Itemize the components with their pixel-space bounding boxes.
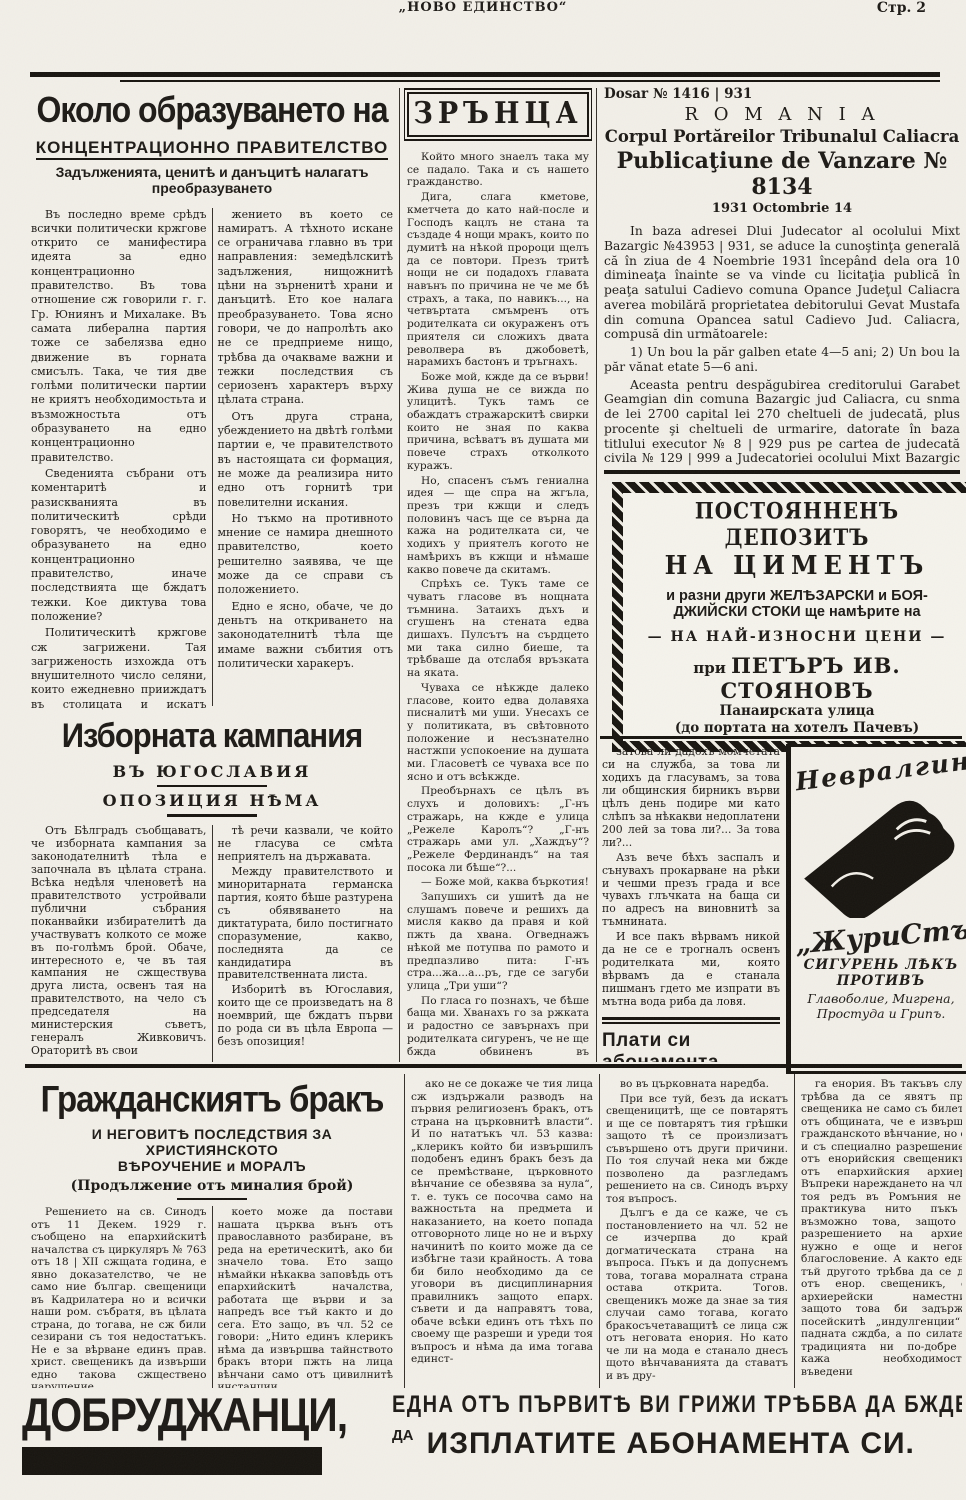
- article-elections-body: Отъ Бѣлградъ съобщаватъ, че изборната ка…: [26, 825, 398, 1062]
- paragraph: Запушихъ си ушитѣ да не слушамъ повече и…: [407, 891, 589, 993]
- article-marriage-title: Гражданскиятъ бракъ: [26, 1078, 398, 1121]
- header-rule-thick: [30, 72, 940, 77]
- ad-cement-content: ПОСТОЯННЕНЪ ДЕПОЗИТЪ НА ЦИМЕНТЪ и разни …: [623, 493, 966, 752]
- divider: [604, 470, 960, 474]
- paragraph: Боже мой, кжде да се върви! Жива душа не…: [407, 371, 589, 473]
- divider: [602, 1017, 780, 1020]
- banner-line2: ДА ИЗПЛАТИТЕ АБОНАМЕНТА СИ.: [392, 1427, 962, 1461]
- ad-cement-line3: и разни други ЖЕЛѢЗАРСКИ и БОЯ- ДЖИЙСКИ …: [635, 588, 959, 620]
- masthead: „НОВО ЕДИНСТВО“: [0, 0, 966, 15]
- article-zrantsa-title: ЗРЪНЦА: [409, 96, 587, 130]
- article-government-subtitle: КОНЦЕНТРАЦИОННО ПРАВИТЕЛСТВО: [26, 138, 398, 158]
- paragraph: Сведенията събрани отъ коментаритѣ и раз…: [31, 467, 207, 624]
- divider: [157, 785, 267, 787]
- paragraph: Политическитѣ кржгове сж загрижени. Тая …: [31, 626, 207, 710]
- paragraph: Азъ вече бѣхъ заспалъ и сънувахъ прокарв…: [602, 852, 780, 930]
- paragraph: тѣ речи казвали, че който не гласува се …: [218, 825, 394, 864]
- paragraph: И все пакъ вѣрвамъ никой да не се е трог…: [602, 931, 780, 1009]
- ad-cement-line1: ПОСТОЯННЕНЪ ДЕПОЗИТЪ: [635, 498, 959, 551]
- article-government-title: Около образуването на: [26, 92, 398, 130]
- article-government-deck: Задълженията, ценитѣ и данъцитѣ налагатъ…: [26, 164, 398, 196]
- article-zrantsa-continuation: затова ли дадохъ момчетата си на служба,…: [602, 746, 780, 1062]
- article-zrantsa-body: Който много знаелъ така му се падало. Та…: [404, 151, 592, 1060]
- article-government: Около образуването на КОНЦЕНТРАЦИОННО ПР…: [26, 92, 398, 710]
- ad-nevralgina: Невралгина „ЖуриСтъ“ СИГУРЕНЬ ЛѢКЪ ПРОТИ…: [786, 744, 966, 1074]
- notice-date: 1931 Octombrie 14: [604, 201, 960, 216]
- article-marriage-head-block: Гражданскиятъ бракъ И НЕГОВИТѢ ПОСЛЕДСТВ…: [26, 1074, 404, 1388]
- article-elections-title: Изборната кампания: [26, 716, 398, 756]
- article-zrantsa: ЗРЪНЦА Който много знаелъ така му се пад…: [404, 88, 592, 1060]
- article-marriage: Гражданскиятъ бракъ И НЕГОВИТѢ ПОСЛЕДСТВ…: [26, 1074, 962, 1388]
- notice-title: Publicaţiune de Vanzare № 8134: [604, 148, 960, 200]
- paragraph: При все туй, безъ да искатъ свещеницитѣ,…: [606, 1093, 788, 1206]
- notice-dosar: Dosar № 1416 | 931: [604, 86, 960, 102]
- paragraph: Преобърнахъ се цѣлъ въ слухъ и доловихъ:…: [407, 785, 589, 874]
- ad-cement: ПОСТОЯННЕНЪ ДЕПОЗИТЪ НА ЦИМЕНТЪ и разни …: [612, 482, 966, 752]
- paragraph: га енория. Въ такъвъ случай трѣбва да се…: [801, 1078, 962, 1378]
- paragraph: Едно е ясно, обаче, че до деньтъ на откр…: [218, 600, 394, 671]
- redacted-block: [22, 1447, 322, 1475]
- banner-line2-prefix: ДА: [392, 1427, 414, 1444]
- column-rule: [399, 88, 400, 1062]
- paragraph: Дига, слага кметове, кметчета до като на…: [407, 191, 589, 369]
- paragraph: во въ църковната наредба.: [606, 1078, 788, 1091]
- pay-subscription-note: Плати си абонамента: [602, 1030, 780, 1062]
- page-header: „НОВО ЕДИНСТВО“ Стр. 2: [0, 0, 966, 26]
- column: жението въ което се намиратъ. А тѣхното …: [212, 208, 399, 706]
- ad-cement-prices: — НА НАЙ-ИЗНОСНИ ЦЕНИ —: [635, 629, 959, 645]
- notice-org: Corpul Portăreilor Tribunalul Caliacra: [604, 127, 960, 146]
- article-marriage-note: (Продължение отъ миналия брой): [26, 1178, 398, 1194]
- banner-word: ДОБРУДЖАНЦИ,: [22, 1392, 382, 1443]
- continuation-body: затова ли дадохъ момчетата си на служба,…: [602, 746, 780, 1009]
- column: Отъ Бѣлградъ съобщаватъ, че изборната ка…: [26, 825, 212, 1062]
- paragraph: което може да постави нашата църква вънъ…: [218, 1206, 394, 1388]
- column: во въ църковната наредба. При все туй, б…: [599, 1074, 794, 1388]
- divider: [602, 1022, 780, 1024]
- paragraph: Между правителството и миноритарната гер…: [218, 866, 394, 983]
- notice-country: R O M A N I A: [604, 104, 960, 125]
- column: тѣ речи казвали, че който не гласува се …: [212, 825, 399, 1062]
- column: га енория. Въ такъвъ случай трѣбва да се…: [794, 1074, 962, 1388]
- paragraph: Въ последно време срѣдъ всички политичес…: [31, 208, 207, 465]
- article-zrantsa-title-box: ЗРЪНЦА: [407, 92, 589, 137]
- notice-romania: Dosar № 1416 | 931 R O M A N I A Corpul …: [604, 86, 960, 468]
- paragraph: Но, спасенъ съмъ гениална идея — ще спра…: [407, 475, 589, 577]
- column: Въ последно време срѣдъ всички политичес…: [26, 208, 212, 706]
- paragraph: Решението на св. Синодъ отъ 11 Декем. 19…: [31, 1206, 207, 1388]
- divider: [167, 814, 257, 817]
- banner-line1: ЕДНА ОТЪ ПЪРВИТѢ ВИ ГРИЖИ ТРѢБВА ДА БЖДЕ…: [392, 1392, 962, 1419]
- banner-right: ЕДНА ОТЪ ПЪРВИТѢ ВИ ГРИЖИ ТРѢБВА ДА БЖДЕ…: [382, 1392, 962, 1461]
- article-marriage-subtitle2: ВѢРОУЧЕНИЕ и МОРАЛЪ: [26, 1158, 398, 1174]
- ad-cement-name: при ПЕТЪРЪ ИВ. СТОЯНОВЪ: [635, 653, 959, 703]
- paragraph: ако не се докаже че тия лица сж издържал…: [411, 1078, 593, 1366]
- divider: [600, 736, 962, 739]
- article-marriage-lead-columns: Решението на св. Синодъ отъ 11 Декем. 19…: [26, 1206, 398, 1388]
- paragraph: Спрѣхъ се. Тукъ таме се чуватъ гласове в…: [407, 578, 589, 680]
- ad-cement-line2: НА ЦИМЕНТЪ: [635, 549, 959, 581]
- newspaper-page: „НОВО ЕДИНСТВО“ Стр. 2 Около образуванет…: [0, 0, 966, 1500]
- paragraph: — Боже мой, каква бъркотия!: [407, 876, 589, 889]
- column: което може да постави нашата църква вънъ…: [212, 1206, 399, 1388]
- article-government-body: Въ последно време срѣдъ всички политичес…: [26, 208, 398, 706]
- article-elections: Изборната кампания ВЪ ЮГОСЛАВИЯ ОПОЗИЦИЯ…: [26, 714, 398, 1062]
- article-elections-subtitle1: ВЪ ЮГОСЛАВИЯ: [26, 762, 398, 781]
- paragraph: Който много знаелъ така му се падало. Та…: [407, 151, 589, 189]
- paragraph: Aceasta pentru despăgubirea creditorului…: [604, 378, 960, 469]
- subscription-banner: ДОБРУДЖАНЦИ, ЕДНА ОТЪ ПЪРВИТѢ ВИ ГРИЖИ Т…: [22, 1392, 962, 1492]
- article-marriage-grid: Гражданскиятъ бракъ И НЕГОВИТѢ ПОСЛЕДСТВ…: [26, 1074, 962, 1388]
- banner-line2-main: ИЗПЛАТИТЕ АБОНАМЕНТА СИ.: [427, 1427, 915, 1460]
- paragraph: жението въ което се намиратъ. А тѣхното …: [218, 208, 394, 408]
- paragraph: Дългъ е да се каже, че съ постановлениет…: [606, 1207, 788, 1382]
- paragraph: Изборитѣ въ Югославия, които ще се произ…: [218, 984, 394, 1049]
- ad-cement-address: Панаирската улица (до портата на хотелъ …: [635, 703, 959, 737]
- ad-nevralgina-indications: Главоболие, Мигрена, Простуда и Грипъ.: [795, 991, 966, 1021]
- section-rule: [25, 1064, 962, 1068]
- column-rule: [596, 88, 597, 1062]
- article-marriage-subtitle1: И НЕГОВИТѢ ПОСЛЕДСТВИЯ ЗА ХРИСТИЯНСКОТО: [26, 1126, 398, 1158]
- column: ако не се докаже че тия лица сж издържал…: [404, 1074, 599, 1388]
- paragraph: 1) Un bou la păr galben etate 4—5 ani; 2…: [604, 345, 960, 375]
- column: Решението на св. Синодъ отъ 11 Декем. 19…: [26, 1206, 212, 1388]
- header-rule-thin: [120, 80, 940, 82]
- paragraph: Но тъкмо на противното мнение се намира …: [218, 512, 394, 598]
- headache-illustration: [802, 788, 960, 918]
- paragraph: Отъ Бѣлградъ съобщаватъ, че изборната ка…: [31, 825, 207, 1058]
- divider: [177, 1198, 247, 1200]
- paragraph: По гласа го познахъ, че бѣше баща ми. Хв…: [407, 995, 589, 1060]
- ad-nevralgina-tagline: СИГУРЕНЬ ЛѢКЪ ПРОТИВЪ: [795, 957, 966, 989]
- paragraph: Отъ друга страна, убеждението на двѣтѣ г…: [218, 410, 394, 510]
- page-number: Стр. 2: [877, 0, 926, 16]
- paragraph: затова ли дадохъ момчетата си на служба,…: [602, 746, 780, 850]
- ad-nevralgina-product: „ЖуриСтъ“: [794, 915, 966, 961]
- notice-body: In baza adresei Dlui Judecator al ocolul…: [604, 224, 960, 468]
- paragraph: Чуваха се нѣкжде далеко гласове, които е…: [407, 682, 589, 784]
- paragraph: In baza adresei Dlui Judecator al ocolul…: [604, 224, 960, 342]
- banner-left: ДОБРУДЖАНЦИ,: [22, 1392, 382, 1475]
- article-elections-subtitle2: ОПОЗИЦИЯ НѢМА: [26, 791, 398, 810]
